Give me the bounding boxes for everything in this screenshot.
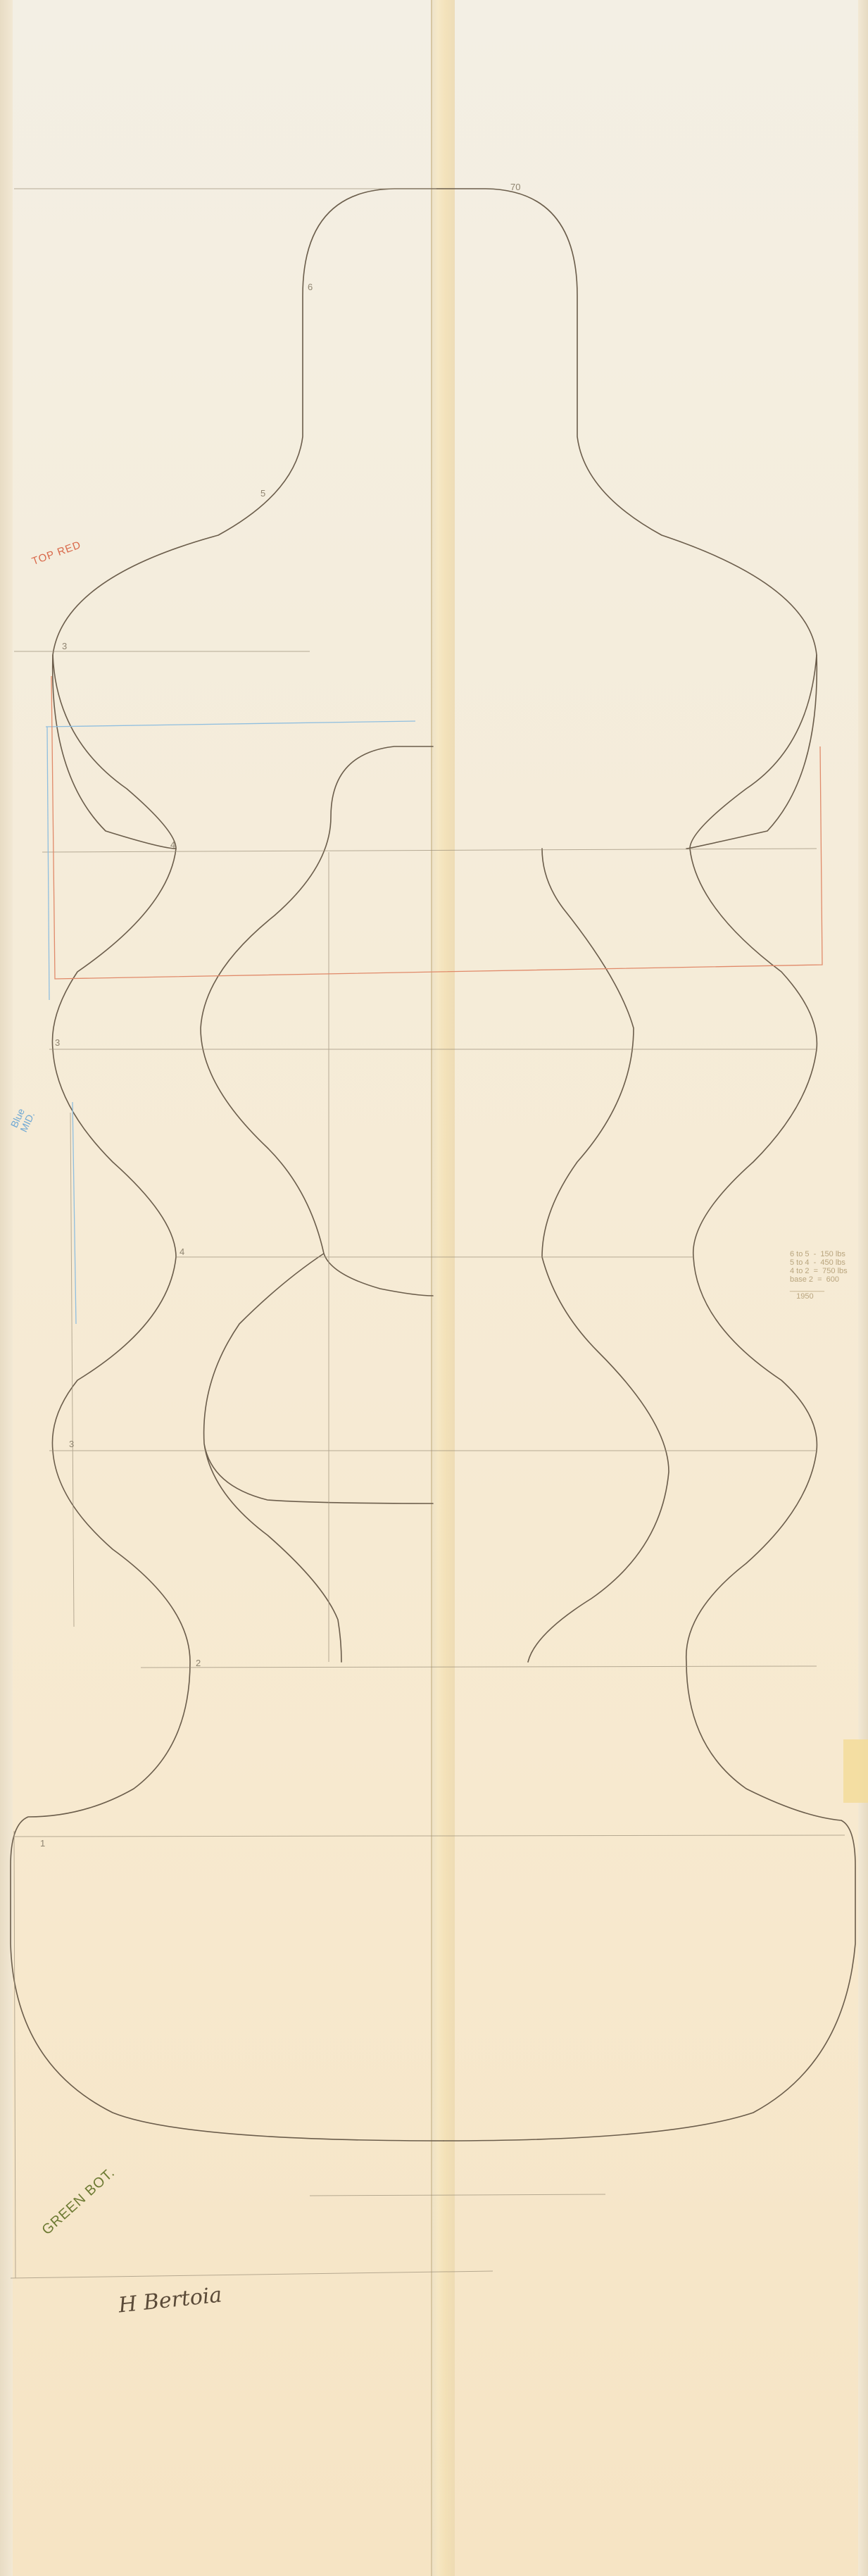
- level-label-5: 5: [260, 488, 265, 499]
- ref-line-vertical-inner: [70, 1113, 74, 1627]
- level-label-top: 70: [510, 182, 520, 192]
- ref-line-2: [141, 1666, 817, 1668]
- ref-line-1: [14, 1835, 845, 1837]
- ref-line-4a: [42, 849, 817, 852]
- ref-line-base: [11, 2271, 493, 2278]
- blue-guide-vertical-2: [73, 1102, 76, 1324]
- level-label-3b: 3: [55, 1037, 60, 1048]
- pencil-drawing: [0, 0, 868, 2576]
- ref-line-vertical-left: [14, 1831, 15, 2278]
- level-label-2: 2: [196, 1658, 201, 1668]
- inner-left-outline: [201, 746, 433, 1662]
- calculation-note: 6 to 5 - 150 lbs 5 to 4 - 450 lbs 4 to 2…: [790, 1250, 848, 1301]
- paper-sheet: 70 6 5 3 4 3 4 3 2 1 TOP RED Blue MID. G…: [0, 0, 868, 2576]
- level-label-3a: 3: [62, 641, 67, 651]
- right-wave-outline: [444, 655, 855, 2141]
- ref-line-bottom-right: [310, 2194, 605, 2196]
- blue-guide-horizontal: [46, 721, 415, 727]
- red-guide-box: [51, 676, 822, 979]
- level-label-6: 6: [308, 282, 313, 292]
- inner-right-outline: [528, 849, 669, 1662]
- level-label-3c: 3: [69, 1439, 74, 1449]
- blue-guide-vertical: [47, 727, 49, 1000]
- level-label-4b: 4: [180, 1246, 184, 1257]
- top-bottle-outline: [53, 189, 817, 849]
- level-label-1: 1: [40, 1838, 45, 1849]
- level-label-4a: 4: [170, 839, 175, 850]
- left-wave-outline: [11, 655, 444, 2141]
